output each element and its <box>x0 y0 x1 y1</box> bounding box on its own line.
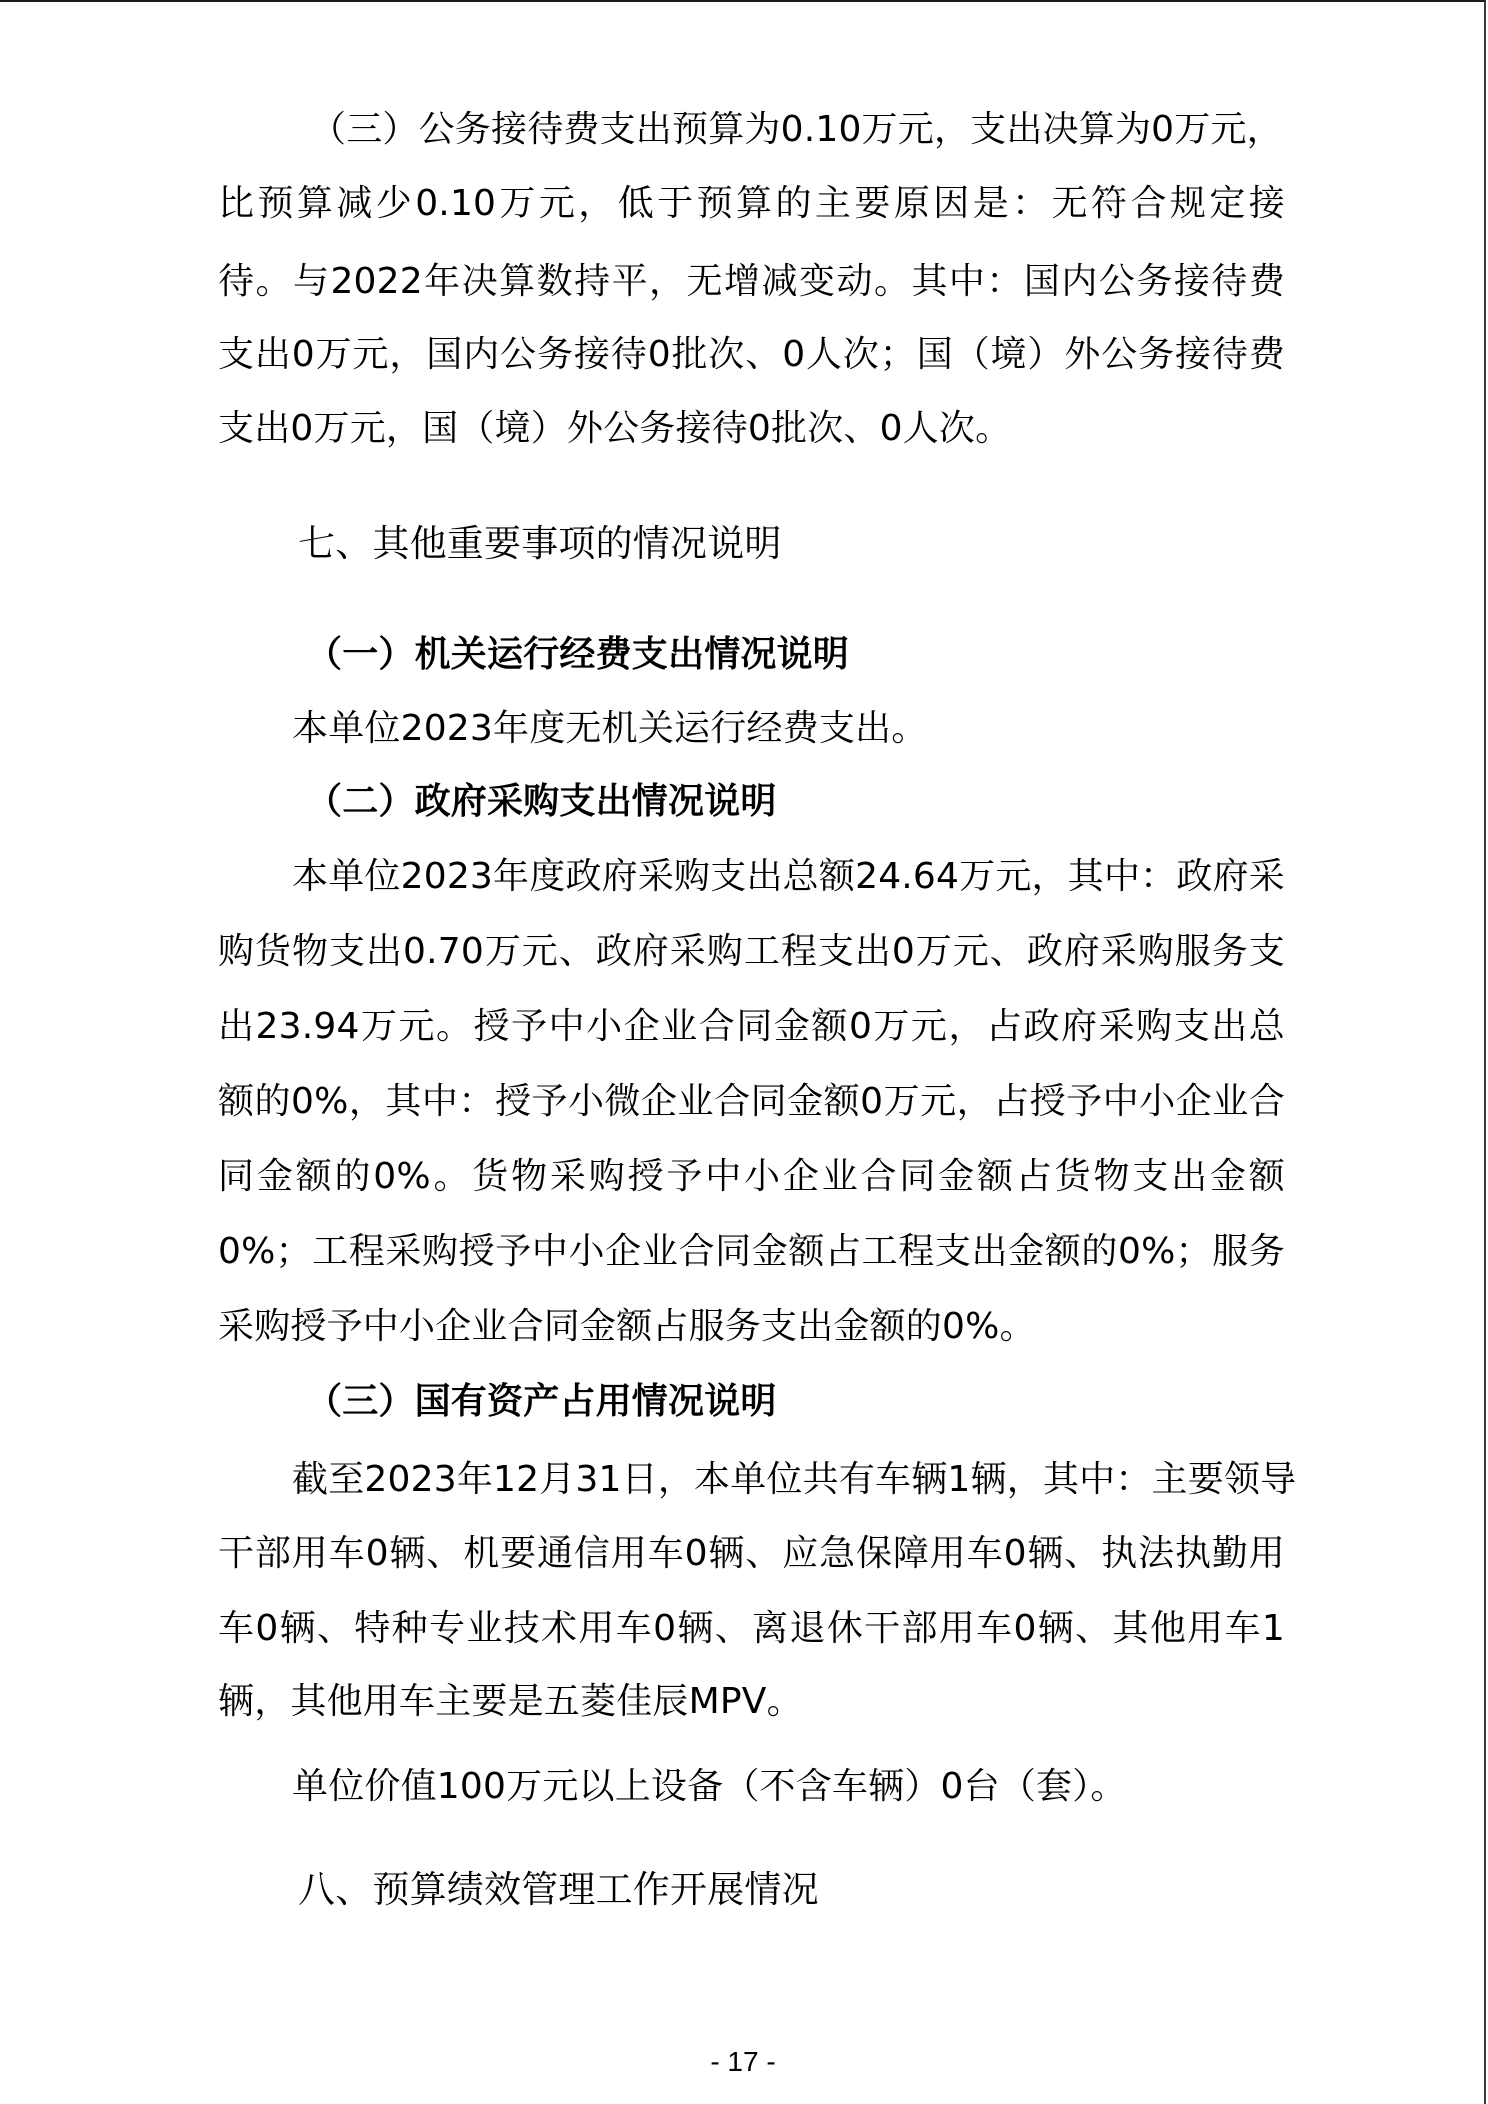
section-heading-8: 八、预算绩效管理工作开展情况 <box>298 1868 819 1912</box>
paragraph-line: 同金额的0%。货物采购授予中小企业合同金额占货物支出金额 <box>218 1155 1285 1199</box>
paragraph-line: 待。与2022年决算数持平，无增减变动。其中：国内公务接待费 <box>218 260 1285 304</box>
paragraph-line: 截至2023年12月31日，本单位共有车辆1辆，其中：主要领导 <box>292 1458 1285 1502</box>
page-number: - 17 - <box>0 2046 1486 2078</box>
paragraph-line: 支出0万元，国（境）外公务接待0批次、0人次。 <box>218 407 1011 451</box>
paragraph-line: 购货物支出0.70万元、政府采购工程支出0万元、政府采购服务支 <box>218 930 1285 974</box>
paragraph-line: 支出0万元，国内公务接待0批次、0人次；国（境）外公务接待费 <box>218 333 1285 377</box>
section-heading-7: 七、其他重要事项的情况说明 <box>298 522 782 566</box>
paragraph-line: 采购授予中小企业合同金额占服务支出金额的0%。 <box>218 1305 1036 1349</box>
subheading-government-procurement: （二）政府采购支出情况说明 <box>306 780 777 824</box>
paragraph-line: 本单位2023年度政府采购支出总额24.64万元，其中：政府采 <box>292 855 1285 899</box>
paragraph-line: 出23.94万元。授予中小企业合同金额0万元，占政府采购支出总 <box>218 1005 1285 1049</box>
paragraph-line: 辆，其他用车主要是五菱佳辰MPV。 <box>218 1680 803 1724</box>
subheading-operating-expenses: （一）机关运行经费支出情况说明 <box>306 633 849 677</box>
paragraph-line: 比预算减少0.10万元，低于预算的主要原因是：无符合规定接 <box>218 182 1285 226</box>
paragraph-line-equipment: 单位价值100万元以上设备（不含车辆）0台（套）。 <box>292 1765 1127 1809</box>
paragraph-line: 额的0%，其中：授予小微企业合同金额0万元，占授予中小企业合 <box>218 1080 1285 1124</box>
paragraph-line: 干部用车0辆、机要通信用车0辆、应急保障用车0辆、执法执勤用 <box>218 1532 1285 1576</box>
paragraph-line: 本单位2023年度无机关运行经费支出。 <box>292 707 927 751</box>
paragraph-line: 0%；工程采购授予中小企业合同金额占工程支出金额的0%；服务 <box>218 1230 1285 1274</box>
paragraph-line: 车0辆、特种专业技术用车0辆、离退休干部用车0辆、其他用车1 <box>218 1607 1285 1651</box>
paragraph-line: （三）公务接待费支出预算为0.10万元，支出决算为0万元， <box>310 108 1283 152</box>
document-page: （三）公务接待费支出预算为0.10万元，支出决算为0万元， 比预算减少0.10万… <box>0 0 1486 2104</box>
subheading-state-assets: （三）国有资产占用情况说明 <box>306 1380 777 1424</box>
